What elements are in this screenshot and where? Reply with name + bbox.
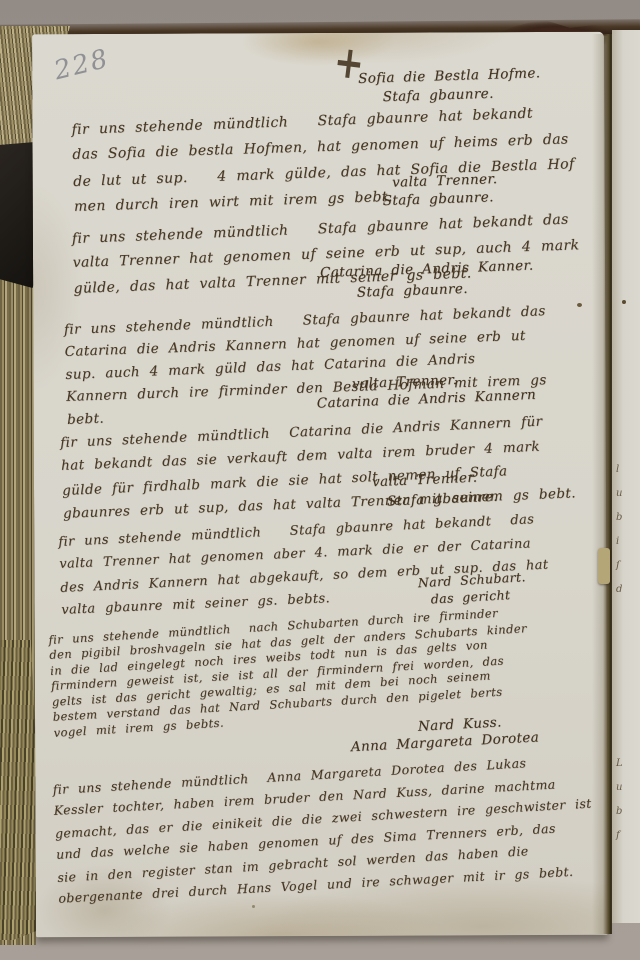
text-fragment: b xyxy=(616,800,623,824)
entry-body: fir uns stehende mündtlich Stafa gbaunre… xyxy=(71,100,576,220)
entry-body: fir uns stehende mündtlich Stafa gbaunre… xyxy=(64,301,550,430)
facing-page-text-fragments: Lubf xyxy=(616,752,623,848)
ink-speck xyxy=(252,905,255,908)
text-fragment: b xyxy=(616,506,622,530)
text-fragment: ſ xyxy=(616,554,622,578)
ink-speck xyxy=(622,300,626,304)
facing-page-text-fragments: lubiſd xyxy=(616,458,622,602)
text-fragment: l xyxy=(616,458,622,482)
text-fragment: u xyxy=(616,776,623,800)
text-fragment: f xyxy=(616,824,623,848)
text-fragment: i xyxy=(616,530,622,554)
gutter-paper-tag xyxy=(598,548,610,584)
text-fragment: u xyxy=(616,482,622,506)
ink-speck xyxy=(577,303,582,307)
book-gutter xyxy=(592,34,612,934)
text-fragment: d xyxy=(616,578,622,602)
text-fragment: L xyxy=(616,752,623,776)
entry-body: fir uns stehende mündtlich Anna Margaret… xyxy=(52,750,596,910)
manuscript-photo: 228 + Sofia die Bestla Hofme. Stafa gbau… xyxy=(0,0,640,960)
